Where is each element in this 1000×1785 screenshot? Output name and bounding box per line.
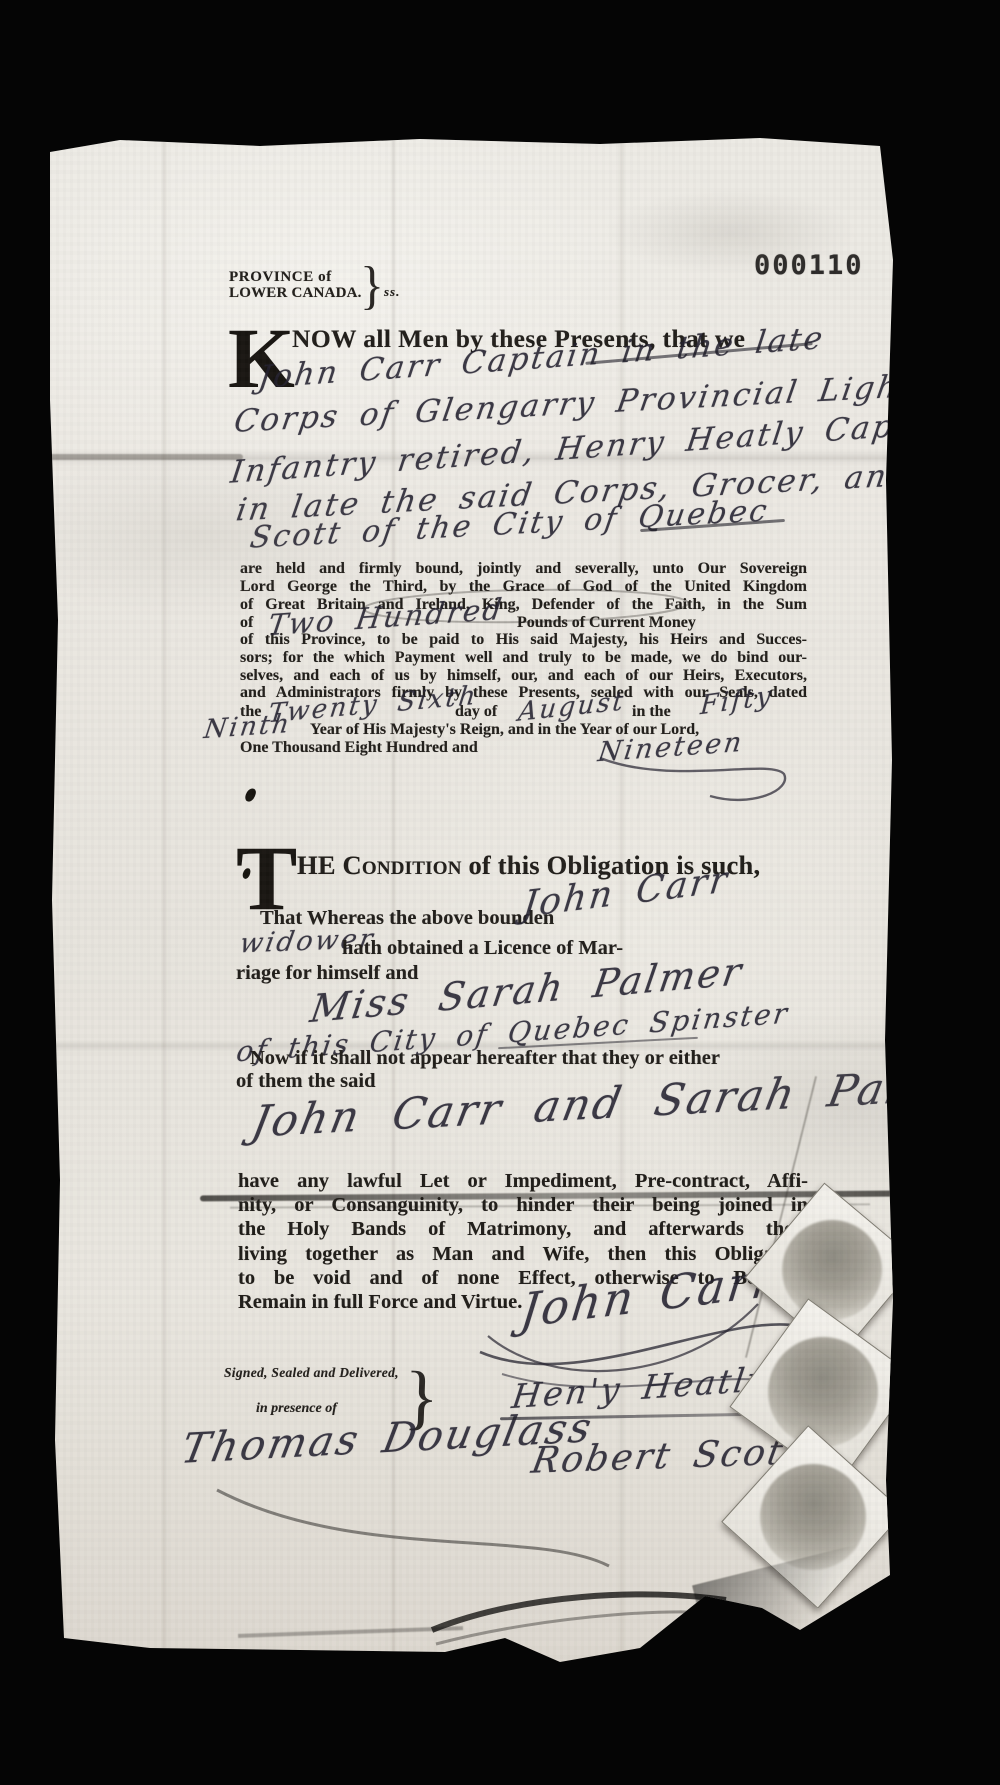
fold-crease	[430, 1586, 740, 1656]
microfilm-scan: PROVINCE of LOWER CANADA. } ss. 000110 K…	[0, 0, 1000, 1785]
printed-line: are held and firmly bound, jointly and s…	[240, 560, 807, 578]
crease	[48, 454, 243, 460]
signature-flourish	[205, 1470, 625, 1580]
pen-scrawl	[356, 582, 696, 632]
printed-line: nity, or Consanguinity, to hinder their …	[238, 1193, 808, 1217]
pen-flourish	[592, 744, 802, 814]
fold-line	[163, 140, 166, 1655]
printed-line: Now if it shall not appear hereafter tha…	[250, 1046, 720, 1070]
condition-heading-word: Condition	[343, 850, 462, 880]
handwritten-parties: John Carr Captain in the lateCorps of Gl…	[240, 340, 880, 555]
document-page: PROVINCE of LOWER CANADA. } ss. 000110 K…	[0, 0, 1000, 1785]
printed-line: of them the said	[236, 1069, 376, 1093]
fold-shadow	[692, 1537, 908, 1673]
brace-glyph: }	[360, 255, 384, 316]
condition-heading-prefix: HE	[297, 850, 343, 880]
attestation-line: in presence of	[256, 1400, 337, 1418]
printed-line: of	[240, 614, 253, 632]
printed-line: the Holy Bands of Matrimony, and afterwa…	[238, 1217, 808, 1241]
printed-line: One Thousand Eight Hundred and	[240, 739, 478, 757]
handwritten-reign-year: Ninth	[202, 709, 294, 745]
province-label: PROVINCE of LOWER CANADA.	[229, 269, 362, 301]
printed-line: have any lawful Let or Impediment, Pre-c…	[238, 1169, 808, 1193]
ink-blot	[244, 787, 258, 803]
printed-line: hath obtained a Licence of Mar-	[342, 936, 623, 960]
serial-number-stamp: 000110	[754, 250, 864, 281]
printed-line: in the	[632, 703, 671, 721]
province-line1: PROVINCE of	[229, 269, 362, 285]
attestation-line: Signed, Sealed and Delivered,	[224, 1364, 399, 1382]
ss-abbreviation: ss.	[384, 284, 400, 300]
printed-line: selves, and each of us by himself, our, …	[240, 667, 807, 685]
province-line2: LOWER CANADA.	[229, 285, 362, 301]
printed-line: sors; for the which Payment well and tru…	[240, 649, 807, 667]
